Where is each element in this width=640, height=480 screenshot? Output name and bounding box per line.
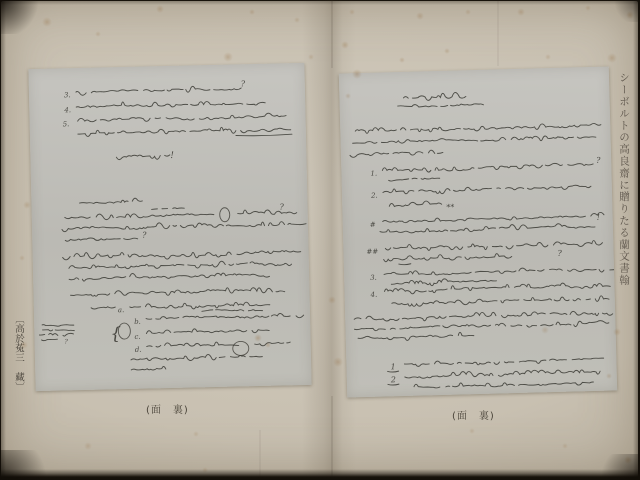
gutter-fold-line bbox=[331, 0, 333, 68]
svg-text:#: # bbox=[370, 221, 376, 229]
svg-text:3.: 3. bbox=[370, 274, 377, 282]
svg-text:c.: c. bbox=[134, 333, 140, 341]
handwriting-lines: 1.?2.**#!##?3.4.12 bbox=[339, 67, 617, 398]
svg-text:?: ? bbox=[65, 338, 69, 345]
photo-caption-left: (面 裏) bbox=[146, 401, 189, 416]
svg-text:?: ? bbox=[279, 202, 284, 211]
svg-text:2.: 2. bbox=[370, 192, 378, 200]
book-photograph: 3.?4.5.!??a.b.?{c.d. 1.?2.**#!##?3.4.12 … bbox=[0, 0, 640, 480]
right-margin-vertical-caption: シーボルトの高良齋に贈りたる蘭文書翰 bbox=[617, 72, 632, 286]
manuscript-photo-left: 3.?4.5.!??a.b.?{c.d. bbox=[28, 63, 311, 391]
manuscript-photo-right: 1.?2.**#!##?3.4.12 bbox=[339, 67, 617, 398]
svg-text:!: ! bbox=[597, 213, 600, 222]
svg-text:2: 2 bbox=[390, 375, 396, 384]
svg-text:b.: b. bbox=[134, 318, 141, 326]
svg-text:1: 1 bbox=[390, 362, 395, 371]
paper-crease-top bbox=[497, 0, 499, 66]
gutter-fold-line-bottom bbox=[331, 396, 333, 480]
svg-text:1.: 1. bbox=[370, 170, 377, 178]
svg-text:?: ? bbox=[557, 249, 562, 258]
svg-text:!: ! bbox=[170, 151, 174, 161]
svg-text:4.: 4. bbox=[370, 291, 378, 299]
svg-text:?: ? bbox=[142, 231, 147, 240]
svg-text:{: { bbox=[110, 324, 121, 344]
paper-crease-bottom bbox=[259, 430, 261, 480]
svg-text:a.: a. bbox=[118, 306, 125, 314]
photo-caption-right: (面 裏) bbox=[452, 407, 495, 422]
svg-text:3.: 3. bbox=[64, 91, 71, 99]
svg-text:4.: 4. bbox=[63, 106, 71, 114]
handwriting-lines: 3.?4.5.!??a.b.?{c.d. bbox=[28, 63, 311, 391]
svg-text:?: ? bbox=[596, 156, 601, 165]
svg-text:**: ** bbox=[446, 203, 454, 212]
svg-text:5.: 5. bbox=[63, 120, 70, 128]
svg-text:d.: d. bbox=[135, 346, 142, 354]
left-margin-collection-label: 〔高於菟三 藏〕 bbox=[11, 314, 25, 392]
svg-text:##: ## bbox=[366, 248, 378, 256]
svg-text:?: ? bbox=[241, 79, 246, 88]
